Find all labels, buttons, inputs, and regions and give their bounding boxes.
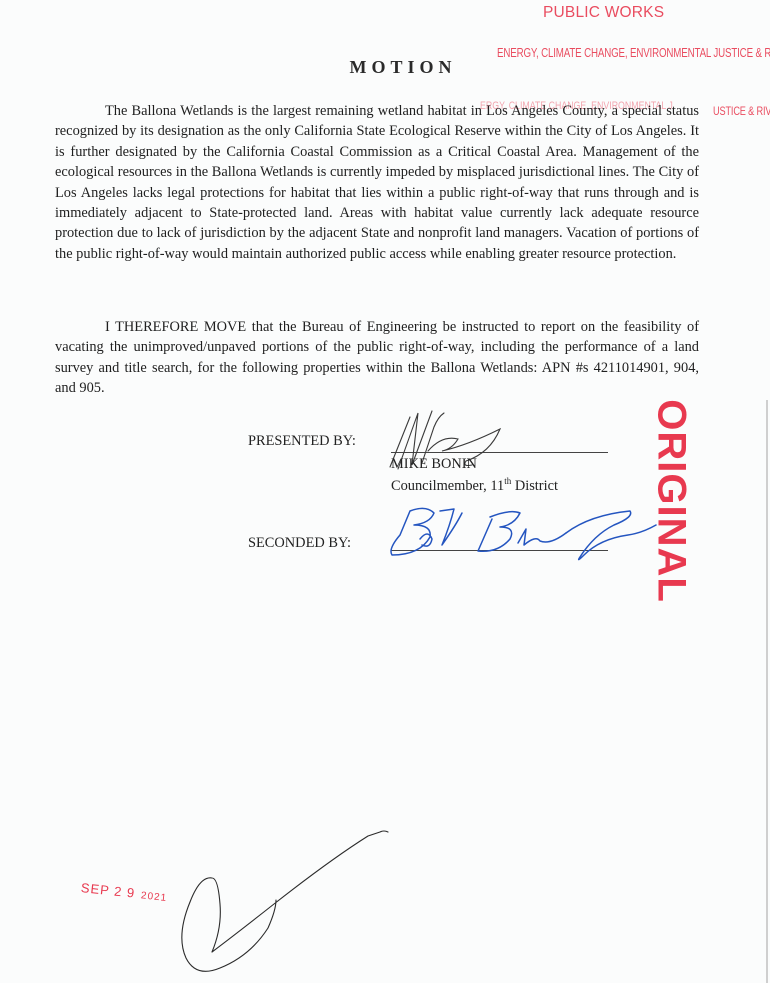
presented-by-label: PRESENTED BY: (248, 433, 356, 450)
original-stamp: ORIGINAL (647, 413, 695, 588)
checkmark-icon (150, 820, 390, 983)
presenter-title-text: Councilmember, 11 (391, 478, 504, 494)
document-title: MOTION (0, 57, 770, 78)
presenter-title-suffix: District (511, 478, 558, 494)
presenter-title: Councilmember, 11th District (391, 476, 558, 495)
motion-paragraph-1: The Ballona Wetlands is the largest rema… (55, 101, 699, 264)
seconder-signature (380, 505, 680, 565)
page-edge-divider (766, 400, 768, 983)
seconded-by-label: SECONDED BY: (248, 535, 351, 552)
presenter-name: MIKE BONIN (391, 456, 477, 473)
original-stamp-text: ORIGINAL (649, 399, 694, 603)
motion-paragraph-2: I THEREFORE MOVE that the Bureau of Engi… (55, 317, 699, 399)
date-stamp-month-day: SEP 2 9 (80, 880, 136, 901)
department-stamp: PUBLIC WORKS (543, 4, 664, 22)
committee-stamp-secondary: USTICE & RIVER (713, 106, 770, 118)
